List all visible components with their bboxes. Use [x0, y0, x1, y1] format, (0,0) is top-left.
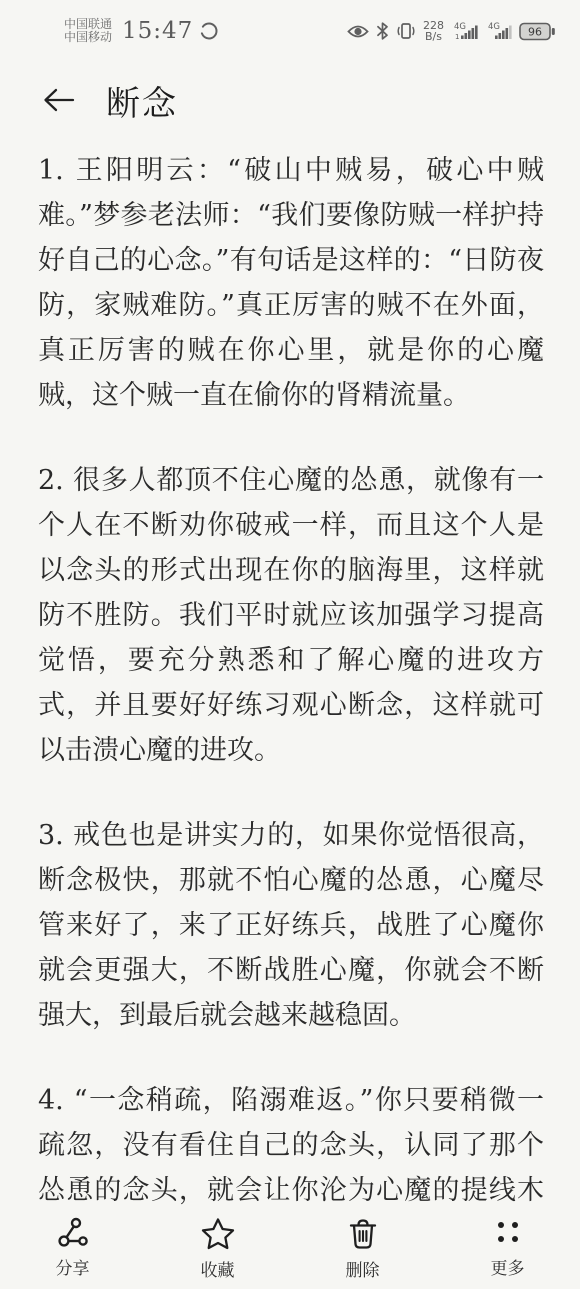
- svg-text:4G: 4G: [488, 22, 500, 32]
- share-label: 分享: [56, 1254, 90, 1279]
- star-icon: [200, 1217, 236, 1251]
- eye-comfort-icon: [347, 24, 369, 39]
- signal-sim1: 4G 1: [451, 21, 478, 41]
- ring-icon: [199, 21, 219, 41]
- share-button[interactable]: 分享: [41, 1217, 105, 1279]
- delete-button[interactable]: 删除: [331, 1217, 395, 1281]
- more-icon: [491, 1217, 525, 1249]
- trash-icon: [346, 1217, 380, 1251]
- svg-text:4G: 4G: [454, 22, 466, 32]
- favorite-button[interactable]: 收藏: [186, 1217, 250, 1281]
- more-label: 更多: [491, 1254, 525, 1279]
- share-icon: [56, 1217, 90, 1249]
- bluetooth-icon: [376, 22, 389, 40]
- status-bar: 中国联通 中国移动 15:47 228 B/s: [0, 0, 580, 56]
- carrier-names: 中国联通 中国移动: [64, 18, 112, 44]
- bottom-toolbar: 分享 收藏 删除 更多: [0, 1209, 580, 1289]
- note-paragraph-3: 3. 戒色也是讲实力的，如果你觉悟很高，断念极快，那就不怕心魔的怂恿，心魔尽管来…: [38, 813, 544, 1038]
- delete-label: 删除: [346, 1256, 380, 1281]
- back-arrow-icon: [42, 86, 76, 114]
- network-speed: 228 B/s: [423, 20, 444, 42]
- network-speed-unit: B/s: [423, 31, 444, 42]
- carrier-2: 中国移动: [64, 31, 112, 44]
- more-button[interactable]: 更多: [476, 1217, 540, 1279]
- page-title: 断念: [106, 76, 178, 125]
- phone-screen: 中国联通 中国移动 15:47 228 B/s: [0, 0, 580, 1289]
- battery-indicator: 96: [519, 22, 556, 41]
- svg-text:96: 96: [528, 25, 542, 38]
- status-time: 15:47: [122, 18, 193, 44]
- header: 断念: [0, 76, 580, 124]
- note-paragraph-2: 2. 很多人都顶不住心魔的怂恿，就像有一个人在不断劝你破戒一样，而且这个人是以念…: [38, 458, 544, 773]
- note-paragraph-1: 1. 王阳明云：“破山中贼易，破心中贼难。”梦参老法师：“我们要像防贼一样护持好…: [38, 148, 544, 418]
- svg-text:1: 1: [455, 33, 459, 41]
- vibrate-icon: [396, 22, 416, 40]
- note-content[interactable]: 1. 王阳明云：“破山中贼易，破心中贼难。”梦参老法师：“我们要像防贼一样护持好…: [0, 124, 580, 1289]
- favorite-label: 收藏: [201, 1256, 235, 1281]
- signal-sim2: 4G: [485, 21, 512, 41]
- back-button[interactable]: [42, 85, 80, 115]
